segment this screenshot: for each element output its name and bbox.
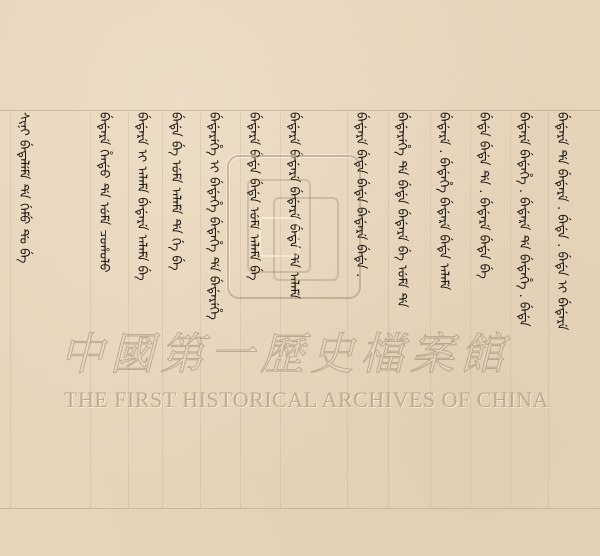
manchu-text-column: ᠪᡝᡩᡝᡵᡝᡥᡝ ᡳ ᠪᡝᡩᡝᡥᡝ ᠪᡝᡩᡝᡥᡝ ᡩᡝ ᠪᡝᡩᡝᡵᡝᡥᡝ (202, 112, 218, 320)
manchu-text-column: ᠪᡝᡩᡝ ᠪᡝᡩᡝ ᡩᡝ . ᠪᡝᡩᡝᡵᡝ ᠪᡝᡩᡝ ᠪᡝ (472, 112, 488, 279)
top-ruling-line (0, 110, 600, 111)
column-guide (510, 112, 511, 508)
manchu-text-column: ᠪᡝᡩᡝᡵᡝ ᡥᡝᠨᡩᡠ ᡩᡝ ᡠᠮᡝ ᠴᠣᡥᠣᠯᠣ (92, 112, 108, 273)
column-guide (470, 112, 471, 508)
manchu-text-column: ᠪᡝᡩᡝ ᠪᡝ ᡠᠮᡝ ᠠᠯᠠᠮᡝ ᡩᡝ ᡤᡝ ᠪᡝ (164, 112, 180, 271)
column-guide (548, 112, 549, 508)
column-guide (430, 112, 431, 508)
column-guide (388, 112, 389, 508)
manchu-text-column: ᠪᡝᡩᡝᡵᡝ ᡳ ᠠᠯᠠᠮᡝ ᠪᡝᡩᡝᡵᡝ ᠠᠯᠠᠮᡝ ᠪᡝ (130, 112, 146, 281)
column-guide (128, 112, 129, 508)
manchu-text-column: ᠪᡝᡩᡝᡵᡝ . ᠪᡝᡩᡝᡥᡝ ᠪᡝᡩᡝᡵᡝ ᠪᡝᡩᡝ ᠠᠯᠠᠮᡝ (432, 112, 448, 290)
column-guide (10, 112, 11, 508)
manuscript-page: ᠰᡳᠨᡳ ᠪᡝᡨᡝᠯᡝᠮᡝ ᡩᡝ ᡤᡝᠮᡠ ᡩᡠ ᠪᡝᠪᡝᡩᡝᡵᡝ ᡥᡝᠨᡩᡠ … (0, 0, 600, 556)
manchu-text-column: ᠰᡳᠨᡳ ᠪᡝᡨᡝᠯᡝᠮᡝ ᡩᡝ ᡤᡝᠮᡠ ᡩᡠ ᠪᡝ (12, 112, 28, 263)
manchu-text-column: ᠪᡝᡩᡝᡵᡝ ᠪᡝᡩᡝᡥᡝ . ᠪᡝᡩᡝᡵᡝ ᡩᡝ ᠪᡝᡩᡝᡥᡝ . ᠪᡝᡩᡝ (512, 112, 528, 327)
watermark-english: THE FIRST HISTORICAL ARCHIVES OF CHINA (64, 387, 564, 413)
bottom-ruling-line (0, 508, 600, 509)
column-guide (90, 112, 91, 508)
manchu-text-column: ᠪᡝᡩᡝᡵᡝᡥᡝ ᡩᡝ ᠪᡝᡩᡝ ᠪᡝᡩᡝᡵᡝ ᠪᡝ ᡠᠮᡝ ᡩᡝ (390, 112, 406, 308)
column-guide (162, 112, 163, 508)
manchu-text-column: ᠪᡝᡩᡝᡵᡝ ᡩᡝ ᠪᡝᡩᡝᡵᡝ . ᠪᡝᡩᡝ . ᠪᡝᡩᡝ ᡳ ᠪᡝᡩᡝᡵᡝ (550, 112, 566, 330)
watermark-chinese: 中國第一歷史檔案館 (60, 318, 560, 382)
column-guide (200, 112, 201, 508)
archive-seal-icon (227, 155, 361, 299)
